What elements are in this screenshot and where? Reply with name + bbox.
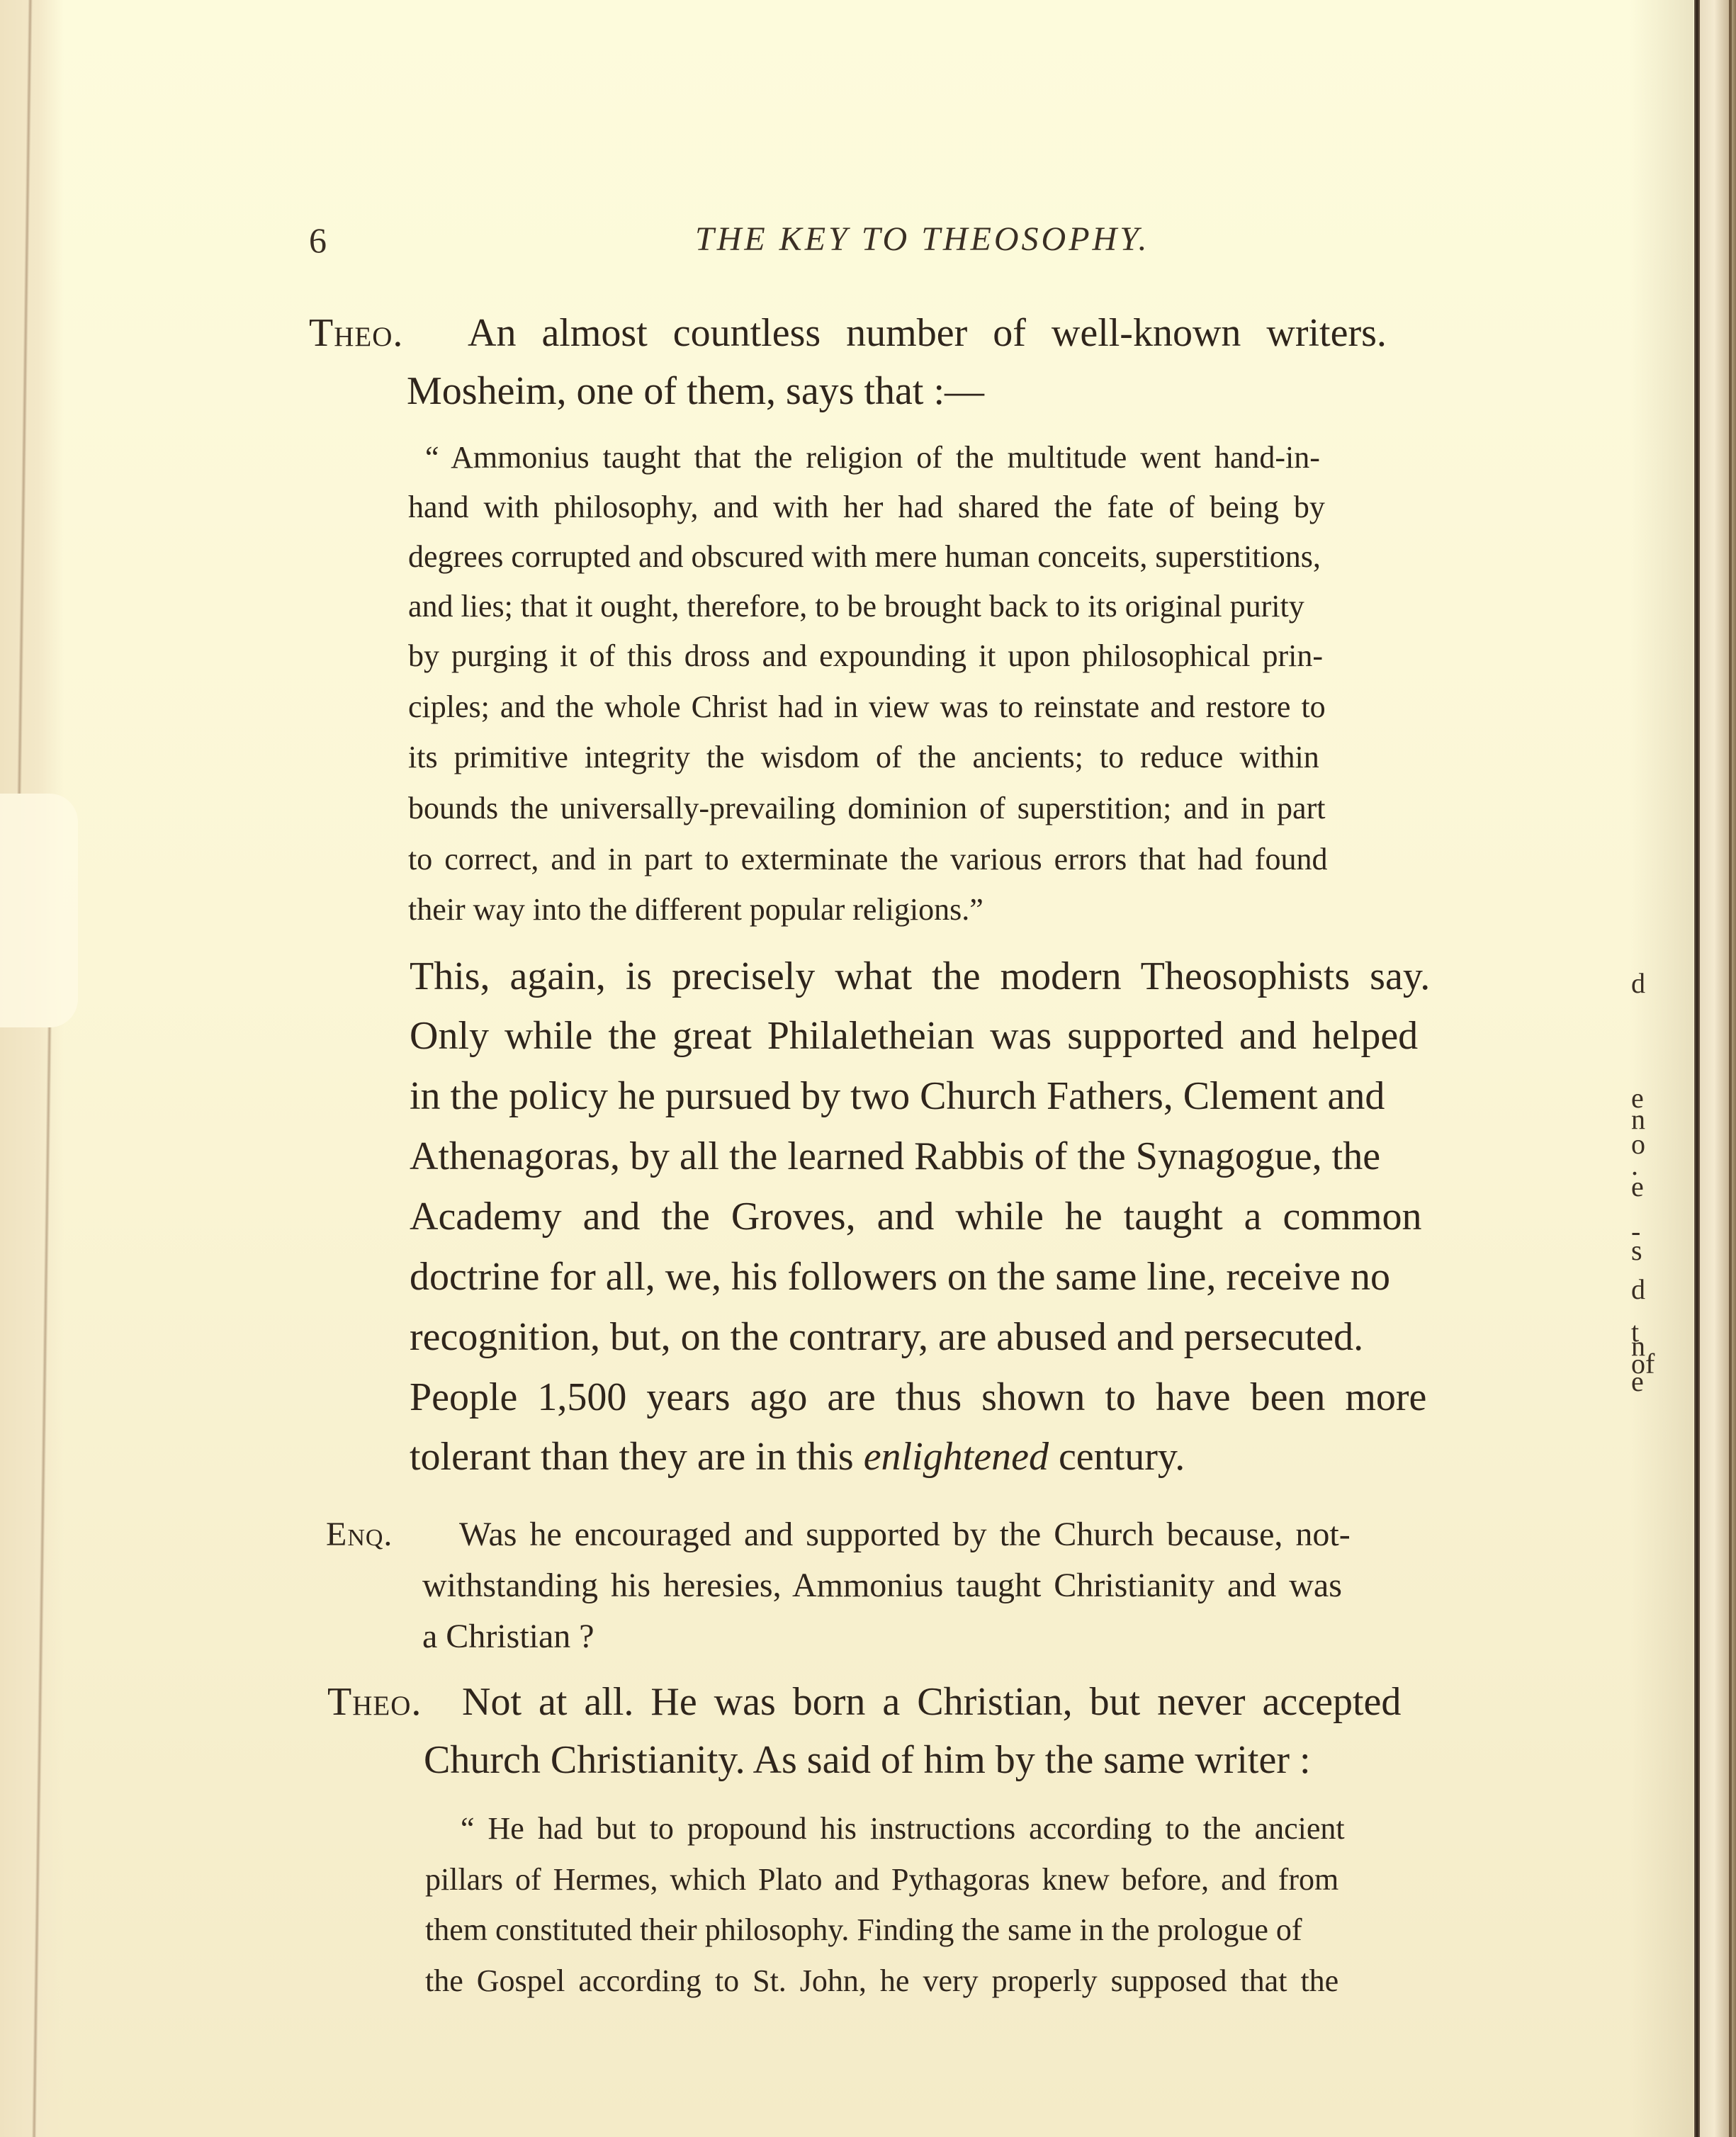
body-line: This, again, is precisely what the moder… — [410, 954, 1430, 999]
body-line: doctrine for all, we, his followers on t… — [410, 1254, 1390, 1299]
quote-line: hand with philosophy, and with her had s… — [408, 489, 1325, 525]
dialogue-line: Not at all. He was born a Christian, but… — [462, 1679, 1401, 1725]
dialogue-line: a Christian ? — [422, 1617, 594, 1656]
quote-line: bounds the universally-prevailing domini… — [408, 790, 1325, 826]
left-page-edge — [0, 0, 64, 2137]
running-head: 6 THE KEY TO THEOSOPHY. — [309, 220, 1294, 262]
speaker-label-theo: Theo. — [309, 310, 403, 356]
scanned-book-page: 6 THE KEY TO THEOSOPHY. Theo. An almost … — [0, 0, 1736, 2137]
quote-line: “ He had but to propound his instruction… — [461, 1810, 1345, 1846]
dialogue-line: withstanding his heresies, Ammonius taug… — [422, 1566, 1342, 1605]
quote-line: by purging it of this dross and expoundi… — [408, 638, 1323, 674]
dialogue-line: Was he encouraged and supported by the C… — [459, 1515, 1351, 1554]
quote-line: “ Ammonius taught that the religion of t… — [425, 439, 1320, 475]
bleed-letter: d — [1631, 1275, 1645, 1304]
body-line: in the policy he pursued by two Church F… — [410, 1073, 1385, 1119]
body-line-last: tolerant than they are in this enlighten… — [410, 1434, 1185, 1479]
emphasis-text: enlightened — [864, 1435, 1049, 1479]
quote-line: its primitive integrity the wisdom of th… — [408, 739, 1319, 775]
dialogue-line: An almost countless number of well-known… — [468, 310, 1387, 356]
body-line: recognition, but, on the contrary, are a… — [410, 1314, 1363, 1360]
quote-line: them constituted their philosophy. Findi… — [425, 1912, 1302, 1948]
quote-line: and lies; that it ought, therefore, to b… — [408, 588, 1304, 624]
page-edge-line — [1729, 0, 1732, 2137]
dialogue-line: Mosheim, one of them, says that :— — [407, 368, 984, 414]
book-title: THE KEY TO THEOSOPHY. — [695, 220, 1149, 259]
body-line: Athenagoras, by all the learned Rabbis o… — [410, 1134, 1380, 1179]
body-line: Only while the great Philaletheian was s… — [410, 1013, 1418, 1059]
binding-line — [1694, 0, 1700, 2137]
quote-line: the Gospel according to St. John, he ver… — [425, 1963, 1338, 1999]
bleed-letter: e — [1631, 1368, 1644, 1396]
bleed-letter: s — [1631, 1236, 1642, 1265]
bleed-letter: d — [1631, 969, 1645, 998]
dialogue-line: Church Christianity. As said of him by t… — [424, 1737, 1311, 1783]
page-number: 6 — [309, 220, 327, 261]
body-line: Academy and the Groves, and while he tau… — [410, 1194, 1422, 1239]
speaker-label-enq: Enq. — [326, 1515, 393, 1554]
speaker-label-theo: Theo. — [327, 1679, 422, 1725]
quote-line: degrees corrupted and obscured with mere… — [408, 539, 1321, 575]
quote-line: pillars of Hermes, which Plato and Pytha… — [425, 1861, 1338, 1898]
quote-line: their way into the different popular rel… — [408, 891, 983, 927]
body-text: tolerant than they are in this — [410, 1435, 864, 1479]
left-page-notch — [0, 794, 78, 1027]
bleed-letter: e — [1631, 1173, 1644, 1201]
quote-line: ciples; and the whole Christ had in view… — [408, 689, 1326, 725]
quote-line: to correct, and in part to exterminate t… — [408, 841, 1327, 877]
body-line: People 1,500 years ago are thus shown to… — [410, 1375, 1426, 1420]
gutter-shadow — [1630, 0, 1693, 2137]
body-text: century. — [1049, 1435, 1185, 1479]
